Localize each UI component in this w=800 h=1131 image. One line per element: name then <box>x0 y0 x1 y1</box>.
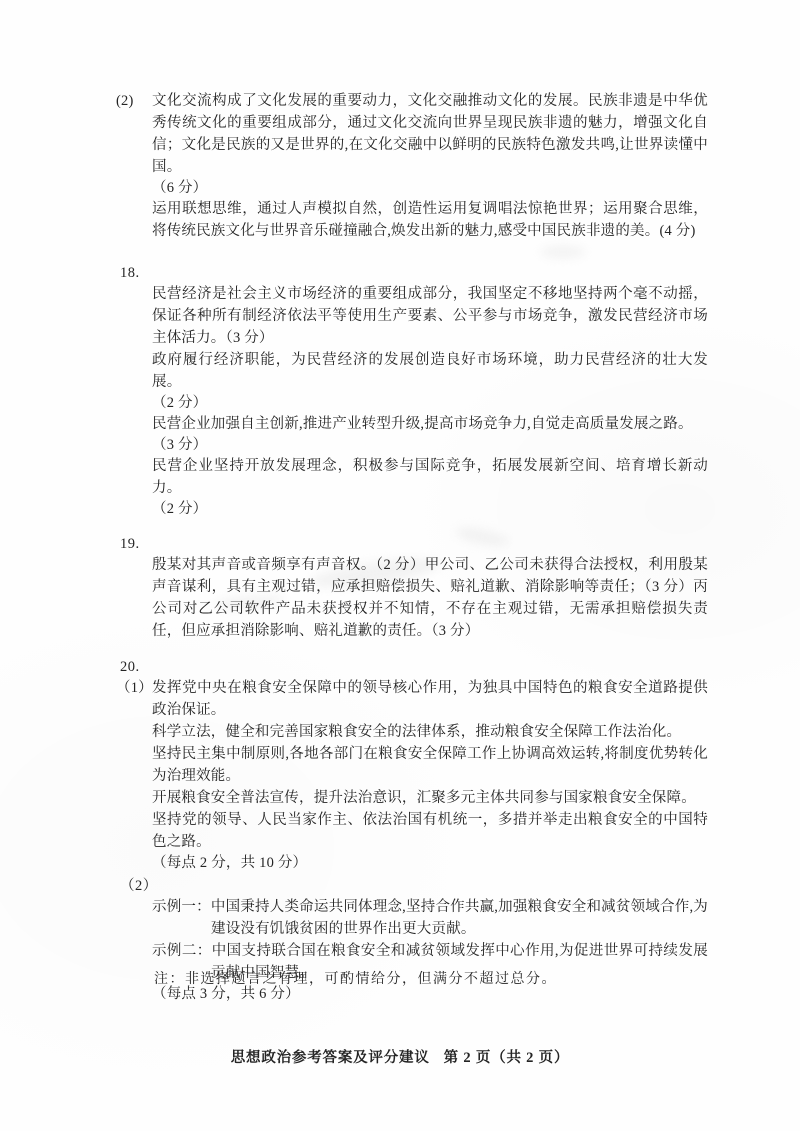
footer-page-number: 第 2 页（共 2 页） <box>444 1050 570 1066</box>
answer-text: 文化交流构成了文化发展的重要动力，文化交融推动文化的发展。民族非遗是中华优秀传统… <box>152 93 708 175</box>
document-page: (2)文化交流构成了文化发展的重要动力，文化交融推动文化的发展。民族非遗是中华优… <box>0 0 800 1131</box>
score-line: （6 分） <box>152 178 708 198</box>
answer-q20: 20. （1）发挥党中央在粮食安全保障中的领导核心作用，为独具中国特色的粮食安全… <box>152 658 708 1004</box>
score-line: （2 分） <box>152 393 708 413</box>
answer-paragraph: 政府履行经济职能，为民营经济的发展创造良好市场环境，助力民营经济的壮大发展。 <box>152 349 708 393</box>
answer-paragraph: 民营企业加强自主创新,推进产业转型升级,提高市场竞争力,自觉走高质量发展之路。 <box>152 413 708 435</box>
question-number: 18. <box>120 264 708 283</box>
example-label: 示例二： <box>152 943 212 959</box>
answers-content: (2)文化交流构成了文化发展的重要动力，文化交融推动文化的发展。民族非遗是中华优… <box>152 90 708 1004</box>
answer-paragraph: 殷某对其声音或音频享有声音权。（2 分）甲公司、乙公司未获得合法授权，利用殷某声… <box>152 554 708 642</box>
answer-paragraph: （1）发挥党中央在粮食安全保障中的领导核心作用，为独具中国特色的粮食安全道路提供… <box>152 677 708 721</box>
question-number: 19. <box>120 535 708 554</box>
footer-title: 思想政治参考答案及评分建议 <box>231 1050 430 1066</box>
answer-paragraph: 坚持党的领导、人民当家作主、依法治国有机统一，多措并举走出粮食安全的中国特色之路… <box>152 809 708 853</box>
score-line: （每点 2 分，共 10 分） <box>152 853 708 873</box>
answer-paragraph: 科学立法，健全和完善国家粮食安全的法律体系，推动粮食安全保障工作法治化。 <box>152 721 708 743</box>
grading-note: 注：非选择题言之有理，可酌情给分，但满分不超过总分。 <box>154 968 557 988</box>
part-label: (2) <box>116 90 134 112</box>
answer-paragraph: 示例一：中国秉持人类命运共同体理念,坚持合作共赢,加强粮食安全和减贫领域合作,为… <box>152 896 708 940</box>
question-number: 20. <box>120 658 708 677</box>
answer-paragraph: 运用联想思维，通过人声模拟自然，创造性运用复调唱法惊艳世界；运用聚合思维，将传统… <box>152 198 708 242</box>
answer-paragraph: 坚持民主集中制原则,各地各部门在粮食安全保障工作上协调高效运转,将制度优势转化为… <box>152 743 708 787</box>
example-label: 示例一： <box>152 899 211 915</box>
part-label: （2） <box>120 877 708 896</box>
answer-q18: 18. 民营经济是社会主义市场经济的重要组成部分，我国坚定不移地坚持两个毫不动摇… <box>152 264 708 519</box>
part-label: （1） <box>116 677 153 699</box>
answer-text: 发挥党中央在粮食安全保障中的领导核心作用，为独具中国特色的粮食安全道路提供政治保… <box>152 680 708 718</box>
answer-q17-part2: (2)文化交流构成了文化发展的重要动力，文化交融推动文化的发展。民族非遗是中华优… <box>152 90 708 242</box>
page-footer: 思想政治参考答案及评分建议第 2 页（共 2 页） <box>0 1046 800 1067</box>
answer-q19: 19. 殷某对其声音或音频享有声音权。（2 分）甲公司、乙公司未获得合法授权，利… <box>152 535 708 642</box>
answer-text: 中国秉持人类命运共同体理念,坚持合作共赢,加强粮食安全和减贫领域合作,为建设没有… <box>211 899 708 937</box>
score-line: （3 分） <box>152 435 708 455</box>
score-line: （2 分） <box>152 499 708 519</box>
answer-paragraph: 民营企业坚持开放发展理念，积极参与国际竞争，拓展发展新空间、培育增长新动力。 <box>152 455 708 499</box>
answer-paragraph: 开展粮食安全普法宣传，提升法治意识，汇聚多元主体共同参与国家粮食安全保障。 <box>152 787 708 809</box>
answer-paragraph: 民营经济是社会主义市场经济的重要组成部分，我国坚定不移地坚持两个毫不动摇，保证各… <box>152 283 708 349</box>
answer-paragraph: (2)文化交流构成了文化发展的重要动力，文化交融推动文化的发展。民族非遗是中华优… <box>152 90 708 178</box>
